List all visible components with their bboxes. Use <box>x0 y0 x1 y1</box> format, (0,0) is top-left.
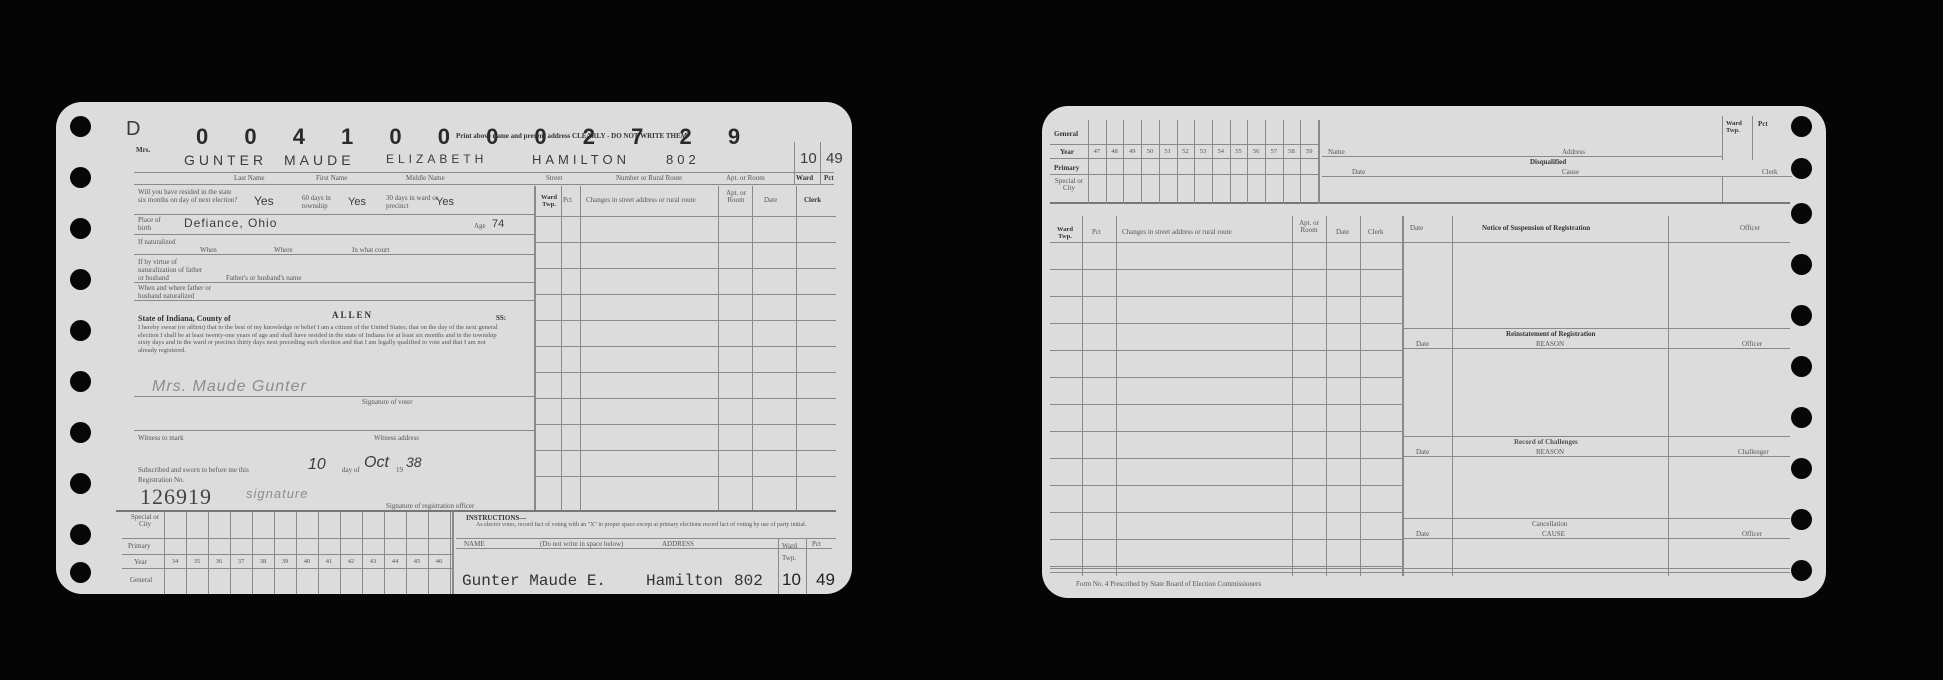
disq-clerk-label: Clerk <box>1762 168 1778 176</box>
punch-hole <box>70 371 91 392</box>
suspension-date-label: Date <box>1410 224 1423 232</box>
pct-label: Pct <box>824 174 834 182</box>
reinstatement-date-label: Date <box>1416 340 1429 348</box>
disq-date-label: Date <box>1352 168 1365 176</box>
punch-hole <box>1791 509 1812 530</box>
challenges-title: Record of Challenges <box>1514 438 1578 446</box>
signature-label: Signature of voter <box>362 398 413 406</box>
corner-mark: D <box>126 118 140 141</box>
form-footer: Form No. 4 Prescribed by State Board of … <box>1076 580 1261 588</box>
punch-hole <box>70 524 91 545</box>
typed-number: 802 <box>734 572 763 590</box>
instructions-title: INSTRUCTIONS— <box>466 514 526 522</box>
year-cell: 35 <box>186 558 208 565</box>
disq-address-label: Address <box>1562 148 1585 156</box>
apt-label: Apt. or Room <box>726 174 765 182</box>
cancellation-date-label: Date <box>1416 530 1429 538</box>
year-cell: 42 <box>340 558 362 565</box>
punch-hole <box>1791 560 1812 581</box>
changes-header-apt: Apt. or Room <box>720 190 752 204</box>
typed-pct: 49 <box>816 570 835 590</box>
punch-hole <box>70 422 91 443</box>
residency-answer: Yes <box>254 194 274 208</box>
naturalized-court: In what court <box>352 246 389 254</box>
oath-heading: State of Indiana, County of <box>138 314 231 323</box>
punch-hole <box>70 562 91 583</box>
cancellation-title: Cancellation <box>1532 520 1567 528</box>
sworn-day-label: day of <box>342 466 360 474</box>
challenges-date-label: Date <box>1416 448 1429 456</box>
age-value: 74 <box>492 218 504 230</box>
sworn-month: Oct <box>364 454 389 472</box>
township-label: 60 days in township <box>302 194 352 210</box>
birth-value: Defiance, Ohio <box>184 216 277 230</box>
witness-address-label: Witness address <box>374 434 419 442</box>
ward-label: Ward <box>796 174 813 182</box>
first-name-value: MAUDE <box>284 152 355 168</box>
naturalized-label: If naturalized <box>138 238 178 246</box>
changes-header-pct: Pct <box>563 196 572 204</box>
sworn-label: Subscribed and sworn to before me this <box>138 466 249 474</box>
pct-value: 49 <box>826 150 843 167</box>
punch-hole <box>1791 458 1812 479</box>
punch-hole <box>1791 116 1812 137</box>
punch-hole <box>70 218 91 239</box>
street-value: HAMILTON <box>532 152 630 167</box>
r-changes-header-pct: Pct <box>1092 228 1101 236</box>
suspension-officer-label: Officer <box>1740 224 1760 232</box>
officer-signature-label: Signature of registration officer <box>386 502 474 510</box>
grid-label-general: General <box>130 576 152 584</box>
r-changes-header-clerk: Clerk <box>1368 228 1384 236</box>
reinstatement-reason-label: REASON <box>1536 340 1564 348</box>
punch-hole <box>1791 305 1812 326</box>
ward-residency-answer: Yes <box>436 196 454 208</box>
age-label: Age <box>474 222 486 230</box>
punch-hole <box>1791 203 1812 224</box>
sworn-year: 38 <box>406 454 422 470</box>
r-changes-header-ward: Ward Twp. <box>1052 226 1078 240</box>
disq-cause-label: Cause <box>1562 168 1579 176</box>
number-label: Number or Rural Route <box>616 174 682 182</box>
year-cell: 40 <box>296 558 318 565</box>
first-name-label: First Name <box>316 174 347 182</box>
middle-name-value: ELIZABETH <box>386 152 487 166</box>
punch-hole <box>70 473 91 494</box>
year-cell: 51 <box>1159 148 1177 155</box>
index-note: (Do not write in space below) <box>540 540 623 548</box>
punch-hole <box>1791 158 1812 179</box>
year-cell: 44 <box>384 558 406 565</box>
index-address-label: ADDRESS <box>662 540 694 548</box>
cancellation-cause-label: CAUSE <box>1542 530 1565 538</box>
changes-header-clerk: Clerk <box>804 196 821 204</box>
punch-hole <box>1791 356 1812 377</box>
r-changes-header-address: Changes in street address or rural route <box>1122 228 1232 236</box>
header-instruction: Print above name and present address CLE… <box>456 132 687 140</box>
voter-signature: Mrs. Maude Gunter <box>152 378 307 396</box>
year-cell: 48 <box>1106 148 1124 155</box>
year-cell: 36 <box>208 558 230 565</box>
disq-title: Disqualified <box>1530 158 1566 166</box>
township-answer: Yes <box>348 196 366 208</box>
oath-county: ALLEN <box>332 310 373 320</box>
ward-value: 10 <box>800 150 817 167</box>
changes-header-ward: Ward Twp. <box>538 194 560 208</box>
year-cell: 37 <box>230 558 252 565</box>
title-prefix: Mrs. <box>136 146 150 154</box>
typed-ward: 10 <box>782 570 801 590</box>
year-cell: 50 <box>1141 148 1159 155</box>
changes-header-date: Date <box>764 196 777 204</box>
naturalized-where: Where <box>274 246 293 254</box>
grid-label-special-r: Special or City <box>1052 178 1086 192</box>
ward-box-pct-label: Pct <box>1758 120 1768 128</box>
grid-label-special: Special or City <box>128 514 162 528</box>
grid-label-primary-r: Primary <box>1054 164 1079 172</box>
year-cell: 49 <box>1123 148 1141 155</box>
number-value: 802 <box>666 152 700 167</box>
birth-label: Place of birth <box>138 216 168 232</box>
cancellation-officer-label: Officer <box>1742 530 1762 538</box>
ward-box-ward-label: Ward Twp. <box>1726 120 1750 134</box>
index-name-label: NAME <box>464 540 485 548</box>
registration-number: 126919 <box>140 484 212 510</box>
challenges-challenger-label: Challenger <box>1738 448 1769 456</box>
grid-label-primary: Primary <box>128 542 151 550</box>
r-changes-header-apt: Apt. or Room <box>1294 220 1324 234</box>
year-cell: 52 <box>1177 148 1195 155</box>
oath-ss: SS: <box>496 314 506 322</box>
street-label: Street <box>546 174 562 182</box>
year-cell: 56 <box>1247 148 1265 155</box>
year-cell: 57 <box>1265 148 1283 155</box>
last-name-value: GUNTER <box>184 152 267 168</box>
by-virtue-name-label: Father's or husband's name <box>226 274 301 282</box>
grid-label-general-r: General <box>1054 130 1078 138</box>
punch-hole <box>1791 254 1812 275</box>
changes-header-address: Changes in street address or rural route <box>586 196 696 204</box>
witness-label: Witness to mark <box>138 434 184 442</box>
reinstatement-officer-label: Officer <box>1742 340 1762 348</box>
sworn-day: 10 <box>308 456 326 474</box>
year-cell: 34 <box>164 558 186 565</box>
middle-name-label: Middle Name <box>406 174 445 182</box>
registration-label: Registration No. <box>138 476 184 484</box>
reinstatement-title: Reinstatement of Registration <box>1506 330 1595 338</box>
naturalized-when: When <box>200 246 217 254</box>
year-cell: 47 <box>1088 148 1106 155</box>
index-pct-label: Pct <box>812 540 821 548</box>
typed-name: Gunter Maude E. <box>462 572 606 590</box>
voter-registration-card-front: D 0 0 4 1 0 0 0 0 2 7 2 9 Print above na… <box>56 102 852 594</box>
year-cell: 45 <box>406 558 428 565</box>
year-prefix: 19 <box>396 466 403 474</box>
year-cell: 46 <box>428 558 450 565</box>
residency-question: Will you have resided in the state six m… <box>138 188 238 204</box>
punch-hole <box>70 116 91 137</box>
punch-hole <box>70 167 91 188</box>
father-naturalized-label: When and where father or husband natural… <box>138 284 218 300</box>
last-name-label: Last Name <box>234 174 265 182</box>
instructions-text: As elector votes, record fact of voting … <box>476 522 836 529</box>
year-cell: 54 <box>1212 148 1230 155</box>
grid-label-year-r: Year <box>1060 148 1074 156</box>
voter-registration-card-back: General Year Primary Special or City 474… <box>1042 106 1826 598</box>
year-cell: 39 <box>274 558 296 565</box>
officer-signature: signature <box>246 486 308 501</box>
challenges-reason-label: REASON <box>1536 448 1564 456</box>
punch-hole <box>70 269 91 290</box>
year-cell: 41 <box>318 558 340 565</box>
typed-street: Hamilton <box>646 572 723 590</box>
year-cell: 38 <box>252 558 274 565</box>
year-cell: 59 <box>1300 148 1318 155</box>
year-cell: 58 <box>1283 148 1301 155</box>
year-cell: 43 <box>362 558 384 565</box>
year-cell: 55 <box>1230 148 1248 155</box>
index-ward-label: Ward Twp. <box>782 540 800 564</box>
suspension-title: Notice of Suspension of Registration <box>1482 224 1590 232</box>
punch-hole <box>1791 407 1812 428</box>
r-changes-header-date: Date <box>1336 228 1349 236</box>
punch-hole <box>70 320 91 341</box>
grid-label-year: Year <box>134 558 147 566</box>
oath-text: I hereby swear (or affirm) that to the b… <box>138 324 500 354</box>
disq-name-label: Name <box>1328 148 1345 156</box>
by-virtue-label: If by virtue of naturalization of father… <box>138 258 208 282</box>
year-cell: 53 <box>1194 148 1212 155</box>
